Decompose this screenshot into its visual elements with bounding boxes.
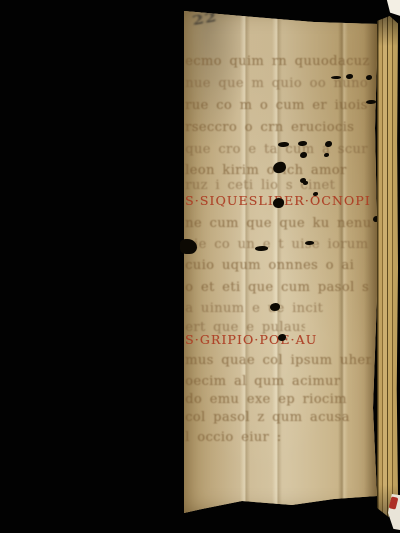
ink-blot bbox=[303, 181, 308, 185]
rubric-line: S·GRIPIO·POE·AU bbox=[185, 332, 325, 348]
text-line: l occio eiur : bbox=[185, 430, 295, 446]
ink-blot bbox=[270, 303, 280, 311]
ink-blot bbox=[298, 141, 307, 146]
ink-blot bbox=[366, 75, 372, 80]
text-line: rue co m o cum er iuois bbox=[185, 98, 371, 114]
text-line: col pasol z qum acusa bbox=[185, 410, 371, 426]
ink-blot bbox=[305, 241, 314, 245]
text-line: cuio uqum onnnes o ai bbox=[185, 258, 371, 274]
text-line: ecmo quim rn quuodacuz bbox=[185, 54, 371, 70]
adjacent-page-corner bbox=[384, 0, 400, 18]
text-line: rseccro o crn eruciocis bbox=[185, 120, 371, 136]
fold-crease bbox=[338, 8, 348, 514]
ink-blot bbox=[255, 246, 268, 251]
parchment-hole bbox=[180, 239, 197, 254]
fold-crease bbox=[240, 8, 250, 514]
text-line: ruz i ceti lio s cinet bbox=[185, 178, 335, 194]
leaf-edge-shadow bbox=[364, 8, 378, 514]
ink-blot bbox=[300, 152, 307, 158]
ink-blot bbox=[366, 100, 376, 104]
fold-crease bbox=[272, 8, 282, 514]
ink-blot bbox=[324, 153, 329, 157]
ink-blot bbox=[278, 334, 286, 341]
text-line: mus quae col ipsum uhem bbox=[185, 353, 371, 369]
text-line: do emu exe ep riocim bbox=[185, 392, 371, 408]
text-line: ert que e pulaus bbox=[185, 320, 305, 336]
folio-number-mark: 22 bbox=[191, 10, 218, 29]
ink-blot bbox=[278, 142, 289, 147]
ink-blot bbox=[346, 74, 353, 79]
text-line: oecim al qum acimur bbox=[185, 374, 371, 390]
text-line: ne cum que que ku nenus bbox=[185, 216, 371, 232]
ink-blot bbox=[331, 76, 341, 79]
ink-blot bbox=[325, 141, 332, 147]
text-line: uie co un e t uise iorum bbox=[185, 237, 371, 253]
ink-blot bbox=[313, 192, 318, 196]
parchment-leaf: 22 ecmo quim rn quuodacuz nue que m quio… bbox=[184, 8, 378, 514]
manuscript-photo: 22 ecmo quim rn quuodacuz nue que m quio… bbox=[0, 0, 400, 533]
text-line: o et eti que cum pasol s bbox=[185, 280, 371, 296]
book-fore-edge bbox=[377, 16, 398, 520]
text-line: nue que m quio oo nuno bbox=[185, 76, 371, 92]
